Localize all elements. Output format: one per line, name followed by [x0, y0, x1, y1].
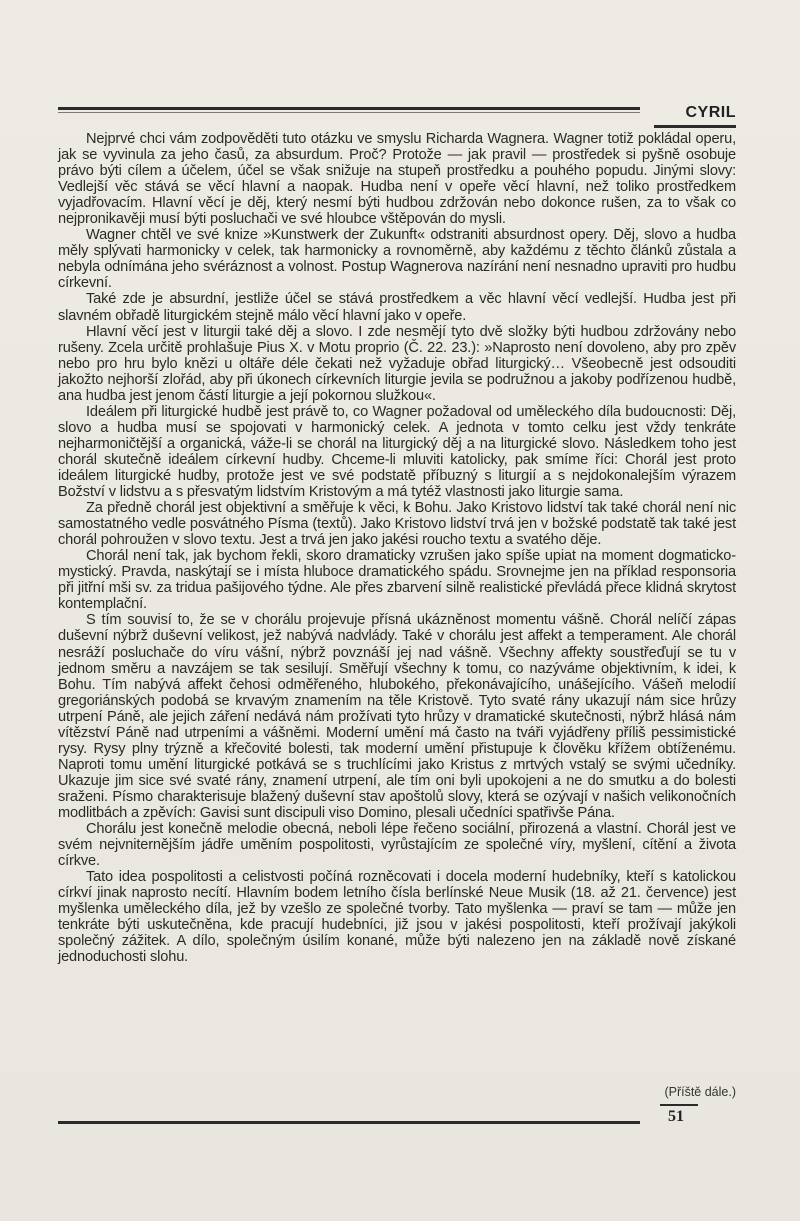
paragraph: Wagner chtěl ve své knize »Kunstwerk der… — [58, 227, 736, 291]
continued-note: (Příště dále.) — [664, 1085, 736, 1099]
running-head-underline — [654, 125, 736, 128]
paragraph: Tato idea pospolitosti a celistvosti poč… — [58, 869, 736, 965]
article-body: Nejprvé chci vám zodpověděti tuto otázku… — [58, 131, 736, 965]
footer-rule — [58, 1121, 640, 1124]
paragraph: Nejprvé chci vám zodpověděti tuto otázku… — [58, 131, 736, 227]
folio-rule — [660, 1104, 698, 1106]
header-rule — [58, 107, 640, 110]
paragraph: Hlavní věcí jest v liturgii také děj a s… — [58, 324, 736, 404]
paragraph: Ideálem při liturgické hudbě jest právě … — [58, 404, 736, 500]
paragraph: Také zde je absurdní, jestliže účel se s… — [58, 291, 736, 323]
running-head: CYRIL — [648, 104, 736, 122]
paragraph: Chorálu jest konečně melodie obecná, neb… — [58, 821, 736, 869]
magazine-page: CYRIL Nejprvé chci vám zodpověděti tuto … — [0, 0, 800, 1221]
header-rule-thin — [58, 112, 640, 113]
paragraph: S tím souvisí to, že se v chorálu projev… — [58, 612, 736, 821]
page-number: 51 — [668, 1108, 684, 1126]
paragraph: Za předně chorál jest objektivní a směřu… — [58, 500, 736, 548]
paragraph: Chorál není tak, jak bychom řekli, skoro… — [58, 548, 736, 612]
